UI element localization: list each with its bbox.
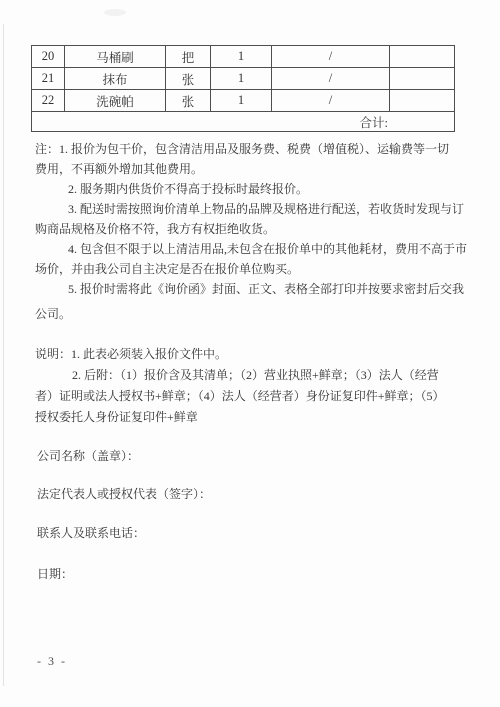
page-number: - 3 - (37, 654, 67, 669)
notes-line: 公司。 (35, 304, 467, 324)
scan-smudge-artifact (104, 9, 126, 16)
explanation-line: 授权委托人身份证复印件+鲜章 (35, 407, 445, 428)
notes-line: 注：1. 报价为包干价，包含清洁用品及服务费、税费（增值税）、运输费等一切 (35, 139, 467, 159)
explanation-line: 者）证明或法人授权书+鲜章；（4）法人（经营者）身份证复印件+鲜章；（5） (35, 386, 445, 407)
explanation-line: 2. 后附：（1）报价含及其清单；（2）营业执照+鲜章；（3）法人（经营 (35, 365, 445, 386)
table-row: 22 洗碗帕 张 1 / (32, 90, 455, 112)
scan-edge-artifact (3, 24, 4, 686)
row-number-cell: 20 (32, 46, 65, 68)
quantity-cell: 1 (211, 90, 272, 112)
notes-line: 场价，并由我公司自主决定是否在报价单位购买。 (35, 259, 467, 279)
explanation-section: 说明：1. 此表必须装入报价文件中。 2. 后附：（1）报价含及其清单；（2）营… (35, 344, 445, 428)
notes-line: 5. 报价时需将此《询价函》封面、正文、表格全部打印并按要求密封后交我 (35, 279, 467, 299)
unit-cell: 张 (166, 68, 211, 90)
table-row: 21 抹布 张 1 / (32, 68, 455, 90)
contact-person-phone-field-label: 联系人及联系电话： (37, 523, 145, 543)
legal-representative-field-label: 法定代表人或授权代表（签字）： (37, 484, 211, 504)
row-number-cell: 22 (32, 90, 65, 112)
unit-cell: 张 (166, 90, 211, 112)
items-table: 20 马桶刷 把 1 / 21 抹布 张 1 / 22 洗碗帕 张 1 / (31, 45, 455, 132)
quantity-cell: 1 (211, 68, 272, 90)
amount-cell (390, 90, 455, 112)
notes-line: 购商品规格及价格不符，我方有权拒绝收货。 (35, 219, 467, 239)
scanned-inquiry-document-page: 20 马桶刷 把 1 / 21 抹布 张 1 / 22 洗碗帕 张 1 / (0, 0, 500, 707)
notes-line: 3. 配送时需按照询价清单上物品的品牌及规格进行配送，若收货时发现与订 (35, 199, 467, 219)
amount-cell (390, 68, 455, 90)
item-name-cell: 抹布 (65, 68, 166, 90)
unit-price-cell: / (272, 90, 390, 112)
explanation-line: 说明：1. 此表必须装入报价文件中。 (35, 344, 445, 365)
item-name-cell: 马桶刷 (65, 46, 166, 68)
table-row: 20 马桶刷 把 1 / (32, 46, 455, 68)
unit-cell: 把 (166, 46, 211, 68)
row-number-cell: 21 (32, 68, 65, 90)
total-label-cell: 合计: (32, 112, 455, 132)
notes-line: 4. 包含但不限于以上清洁用品,未包含在报价单中的其他耗材，费用不高于市 (35, 239, 467, 259)
notes-line: 2. 服务期内供货价不得高于投标时最终报价。 (35, 179, 467, 199)
date-field-label: 日期： (37, 564, 73, 584)
amount-cell (390, 46, 455, 68)
unit-price-cell: / (272, 46, 390, 68)
quantity-cell: 1 (211, 46, 272, 68)
total-row: 合计: (32, 112, 455, 132)
unit-price-cell: / (272, 68, 390, 90)
notes-line: 费用，不再额外增加其他费用。 (35, 159, 467, 179)
item-name-cell: 洗碗帕 (65, 90, 166, 112)
notes-section: 注：1. 报价为包干价，包含清洁用品及服务费、税费（增值税）、运输费等一切 费用… (35, 139, 467, 324)
company-name-field-label: 公司名称（盖章）： (37, 446, 139, 466)
